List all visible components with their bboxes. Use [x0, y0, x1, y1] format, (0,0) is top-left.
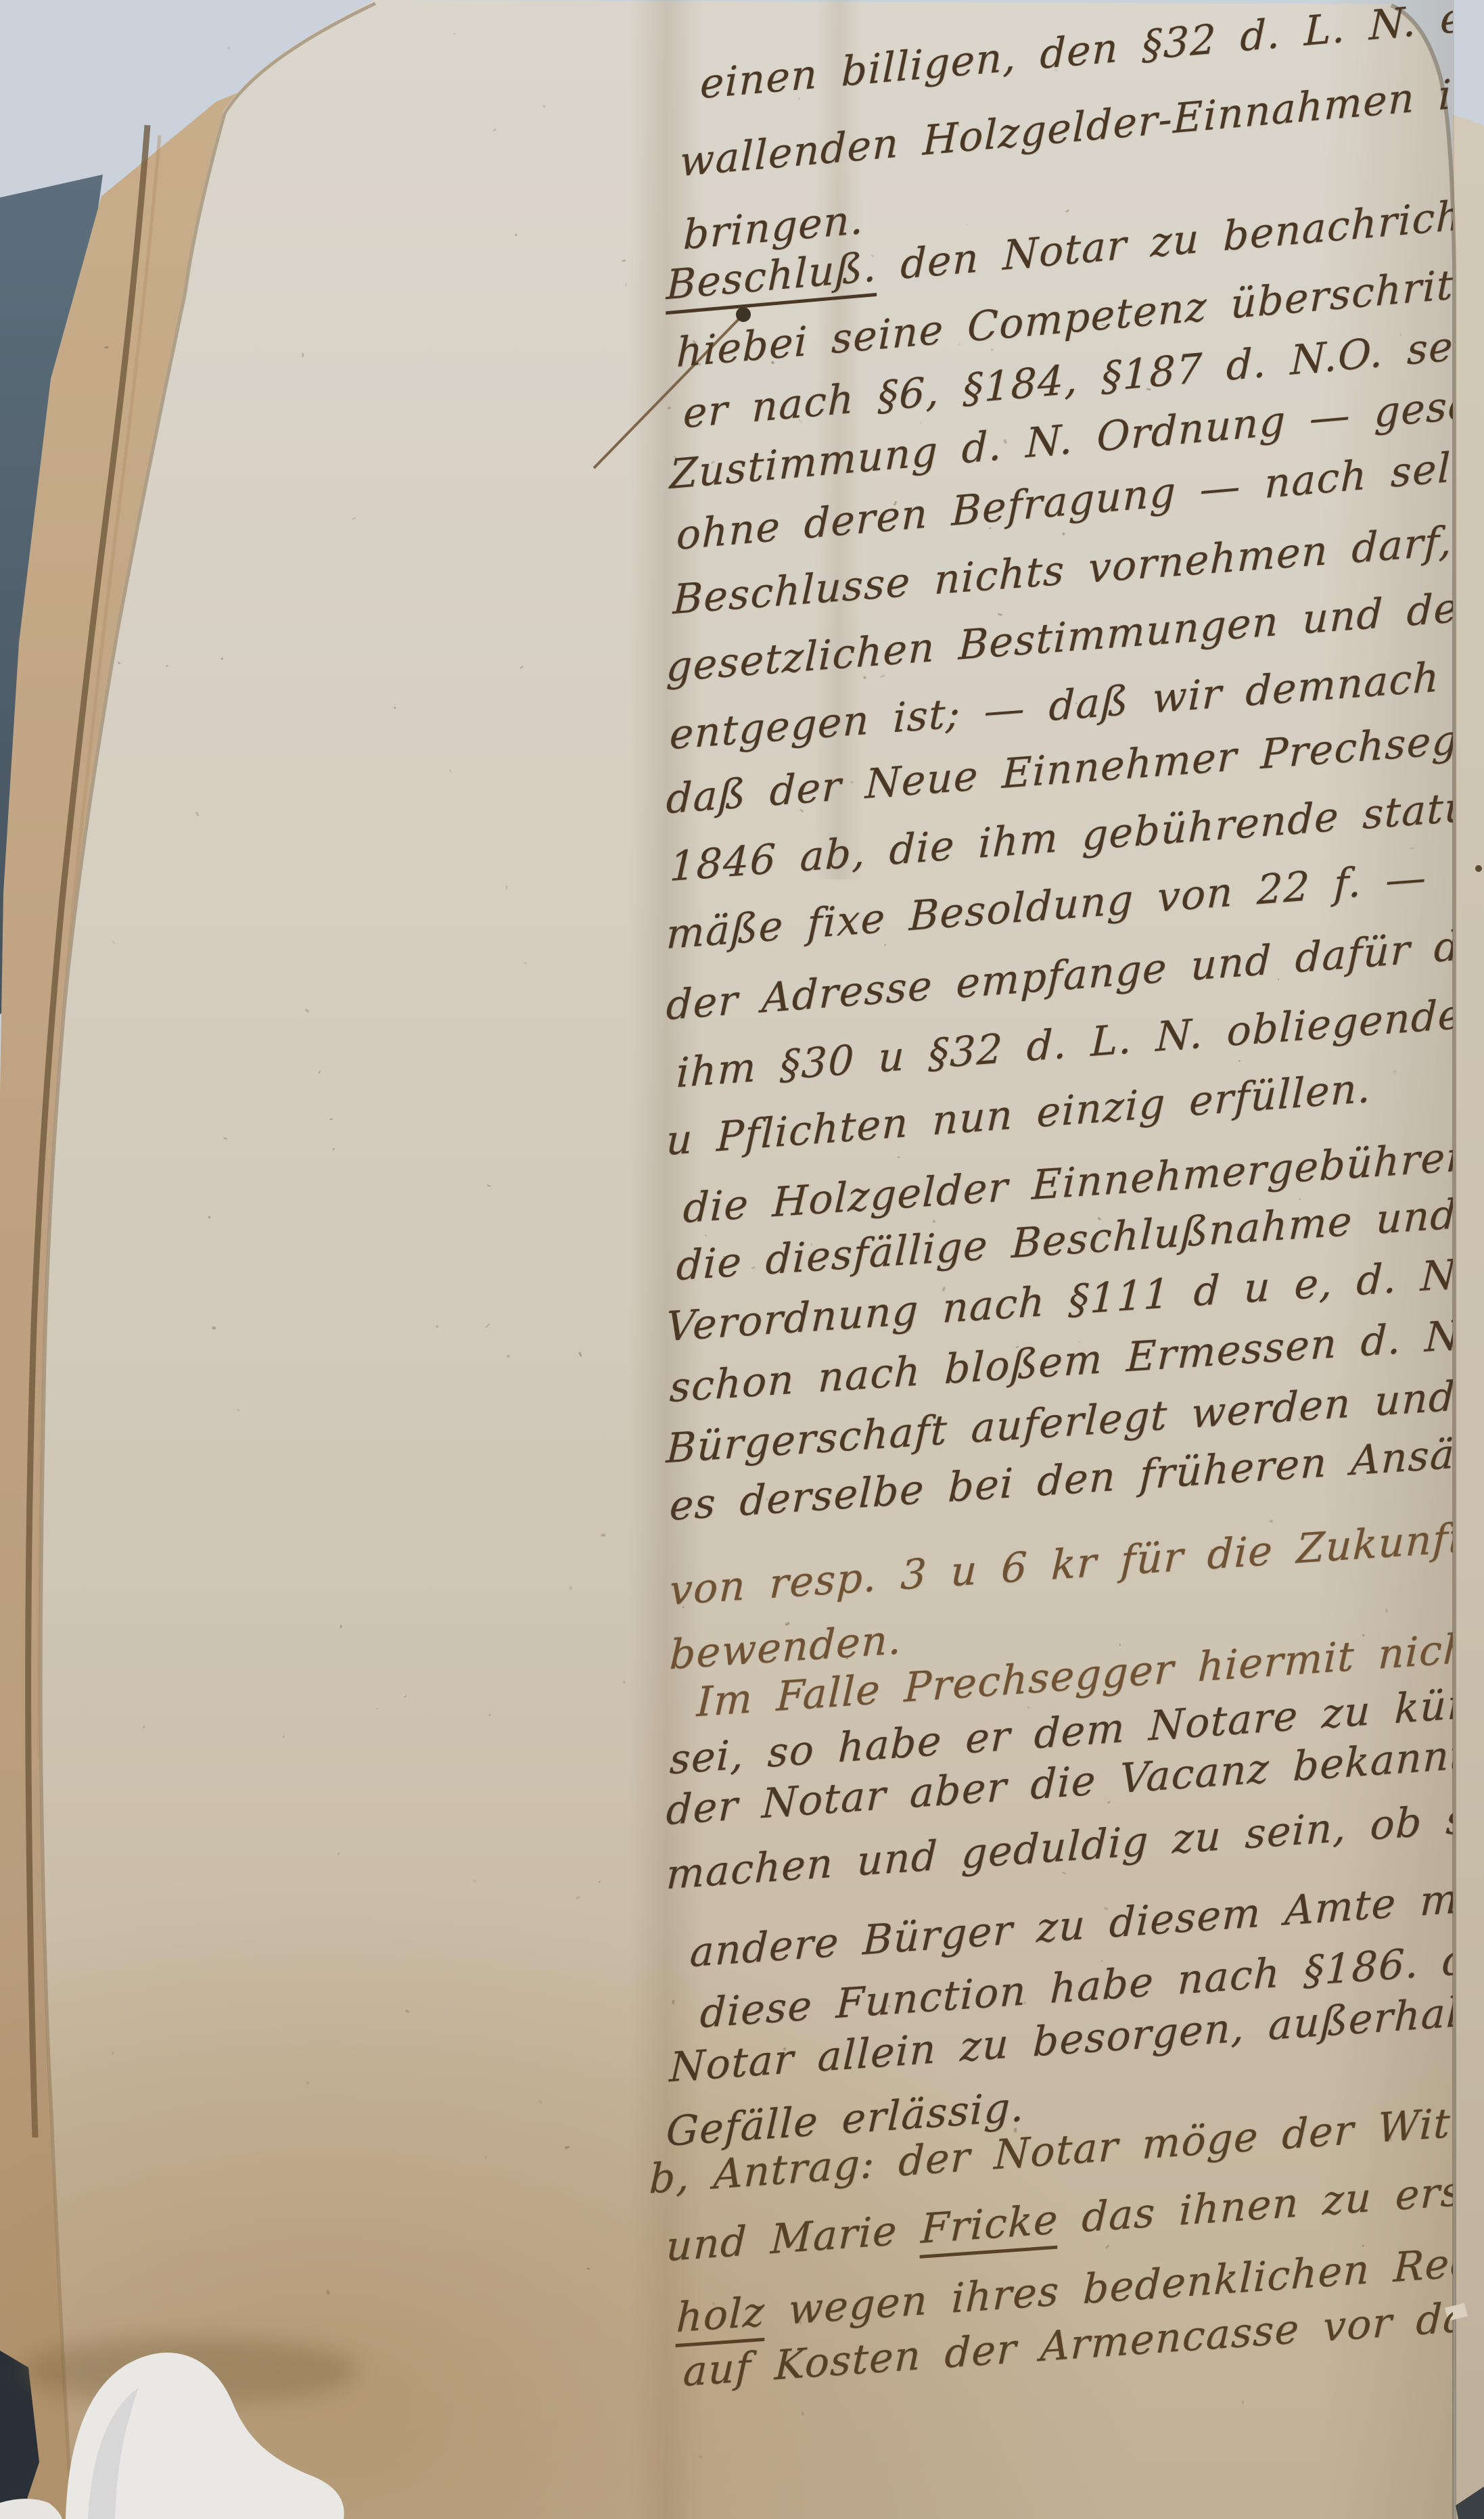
ink-speck	[1475, 865, 1482, 872]
book-photo-art	[0, 0, 1484, 2519]
manuscript-photo: einen billigen, den §32 d. L. N. entspre…	[0, 0, 1484, 2519]
fold-crease-upper	[815, 0, 862, 879]
